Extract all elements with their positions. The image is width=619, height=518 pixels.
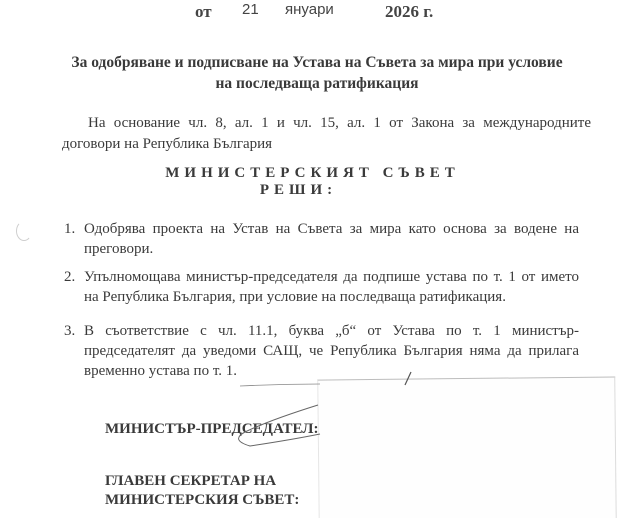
decision-line: В съответствие с чл. 11.1, буква „б“ от … bbox=[84, 321, 579, 341]
decision-number: 2. bbox=[64, 267, 75, 287]
title-line-2: на последваща ратификация bbox=[0, 73, 619, 94]
decision-line: председателят да уведоми САЩ, че Републи… bbox=[84, 341, 579, 361]
decision-number: 1. bbox=[64, 219, 75, 239]
decision-text: Упълномощава министър-председателя да по… bbox=[84, 267, 579, 307]
secretary-title-line-2: МИНИСТЕРСКИЯ СЪВЕТ: bbox=[105, 491, 299, 510]
decision-line: Одобрява проекта на Устав на Съвета за м… bbox=[84, 219, 579, 239]
decision-line: преговори. bbox=[84, 239, 579, 259]
date-prefix: от bbox=[195, 2, 212, 22]
document-title: За одобряване и подписване на Устава на … bbox=[0, 52, 619, 94]
decision-number: 3. bbox=[64, 321, 75, 341]
secretary-signature-title: ГЛАВЕН СЕКРЕТАР НА МИНИСТЕРСКИЯ СЪВЕТ: bbox=[105, 472, 299, 510]
council-heading: МИНИСТЕРСКИЯТ СЪВЕТ РЕШИ: bbox=[0, 165, 619, 199]
decision-text: В съответствие с чл. 11.1, буква „б“ от … bbox=[84, 321, 579, 381]
council-line-1: МИНИСТЕРСКИЯТ СЪВЕТ bbox=[3, 165, 619, 182]
redaction-paper-patch bbox=[317, 376, 617, 518]
punch-hole-mark bbox=[16, 221, 32, 241]
preamble-line-2: договори на Република България bbox=[62, 134, 272, 155]
prime-minister-signature-title: МИНИСТЪР-ПРЕДСЕДАТЕЛ: bbox=[105, 420, 318, 439]
decision-line: Упълномощава министър-председателя да по… bbox=[84, 267, 579, 287]
date-year: 2026 г. bbox=[385, 2, 433, 22]
secretary-title-line-1: ГЛАВЕН СЕКРЕТАР НА bbox=[105, 472, 299, 491]
council-line-2: РЕШИ: bbox=[0, 182, 608, 199]
decision-line: на Република България, при условие на по… bbox=[84, 287, 579, 307]
title-line-1: За одобряване и подписване на Устава на … bbox=[0, 52, 619, 73]
decision-text: Одобрява проекта на Устав на Съвета за м… bbox=[84, 219, 579, 259]
preamble-line-1: На основание чл. 8, ал. 1 и чл. 15, ал. … bbox=[88, 113, 591, 134]
date-month: януари bbox=[285, 1, 334, 18]
date-day: 21 bbox=[242, 1, 259, 18]
